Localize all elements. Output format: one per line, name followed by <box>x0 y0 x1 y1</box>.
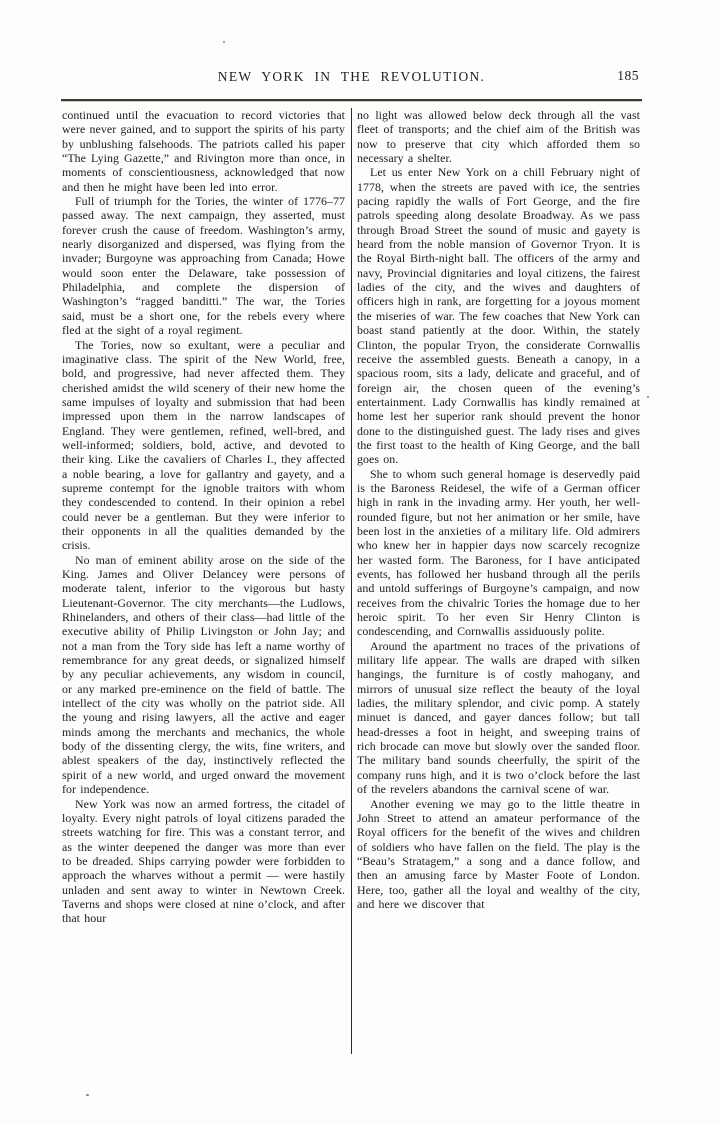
paragraph: New York was now an armed fortress, the … <box>62 797 345 926</box>
scan-speck <box>647 396 649 398</box>
left-column: continued until the evacuation to record… <box>62 108 345 1072</box>
page-number: 185 <box>617 68 639 84</box>
header-rule <box>61 99 642 101</box>
paragraph: No man of eminent ability arose on the s… <box>62 553 345 797</box>
running-title: NEW YORK IN THE REVOLUTION. <box>62 69 641 85</box>
paragraph: continued until the evacuation to record… <box>62 108 345 194</box>
scan-speck <box>86 1094 89 1096</box>
paragraph: Let us enter New York on a chill Februar… <box>357 165 640 466</box>
paragraph: no light was allowed below deck through … <box>357 108 640 165</box>
paragraph: The Tories, now so exultant, were a pecu… <box>62 338 345 553</box>
book-page: NEW YORK IN THE REVOLUTION. 185 continue… <box>0 0 720 1125</box>
paragraph: Another evening we may go to the little … <box>357 797 640 912</box>
scan-speck <box>223 41 225 43</box>
paragraph: Around the apartment no traces of the pr… <box>357 639 640 797</box>
paragraph: She to whom such general homage is deser… <box>357 467 640 639</box>
paragraph: Full of triumph for the Tories, the wint… <box>62 194 345 337</box>
column-divider-rule <box>351 108 352 1054</box>
right-column: no light was allowed below deck through … <box>357 108 640 1072</box>
text-columns: continued until the evacuation to record… <box>62 108 641 1072</box>
page-header: NEW YORK IN THE REVOLUTION. 185 <box>62 69 641 89</box>
